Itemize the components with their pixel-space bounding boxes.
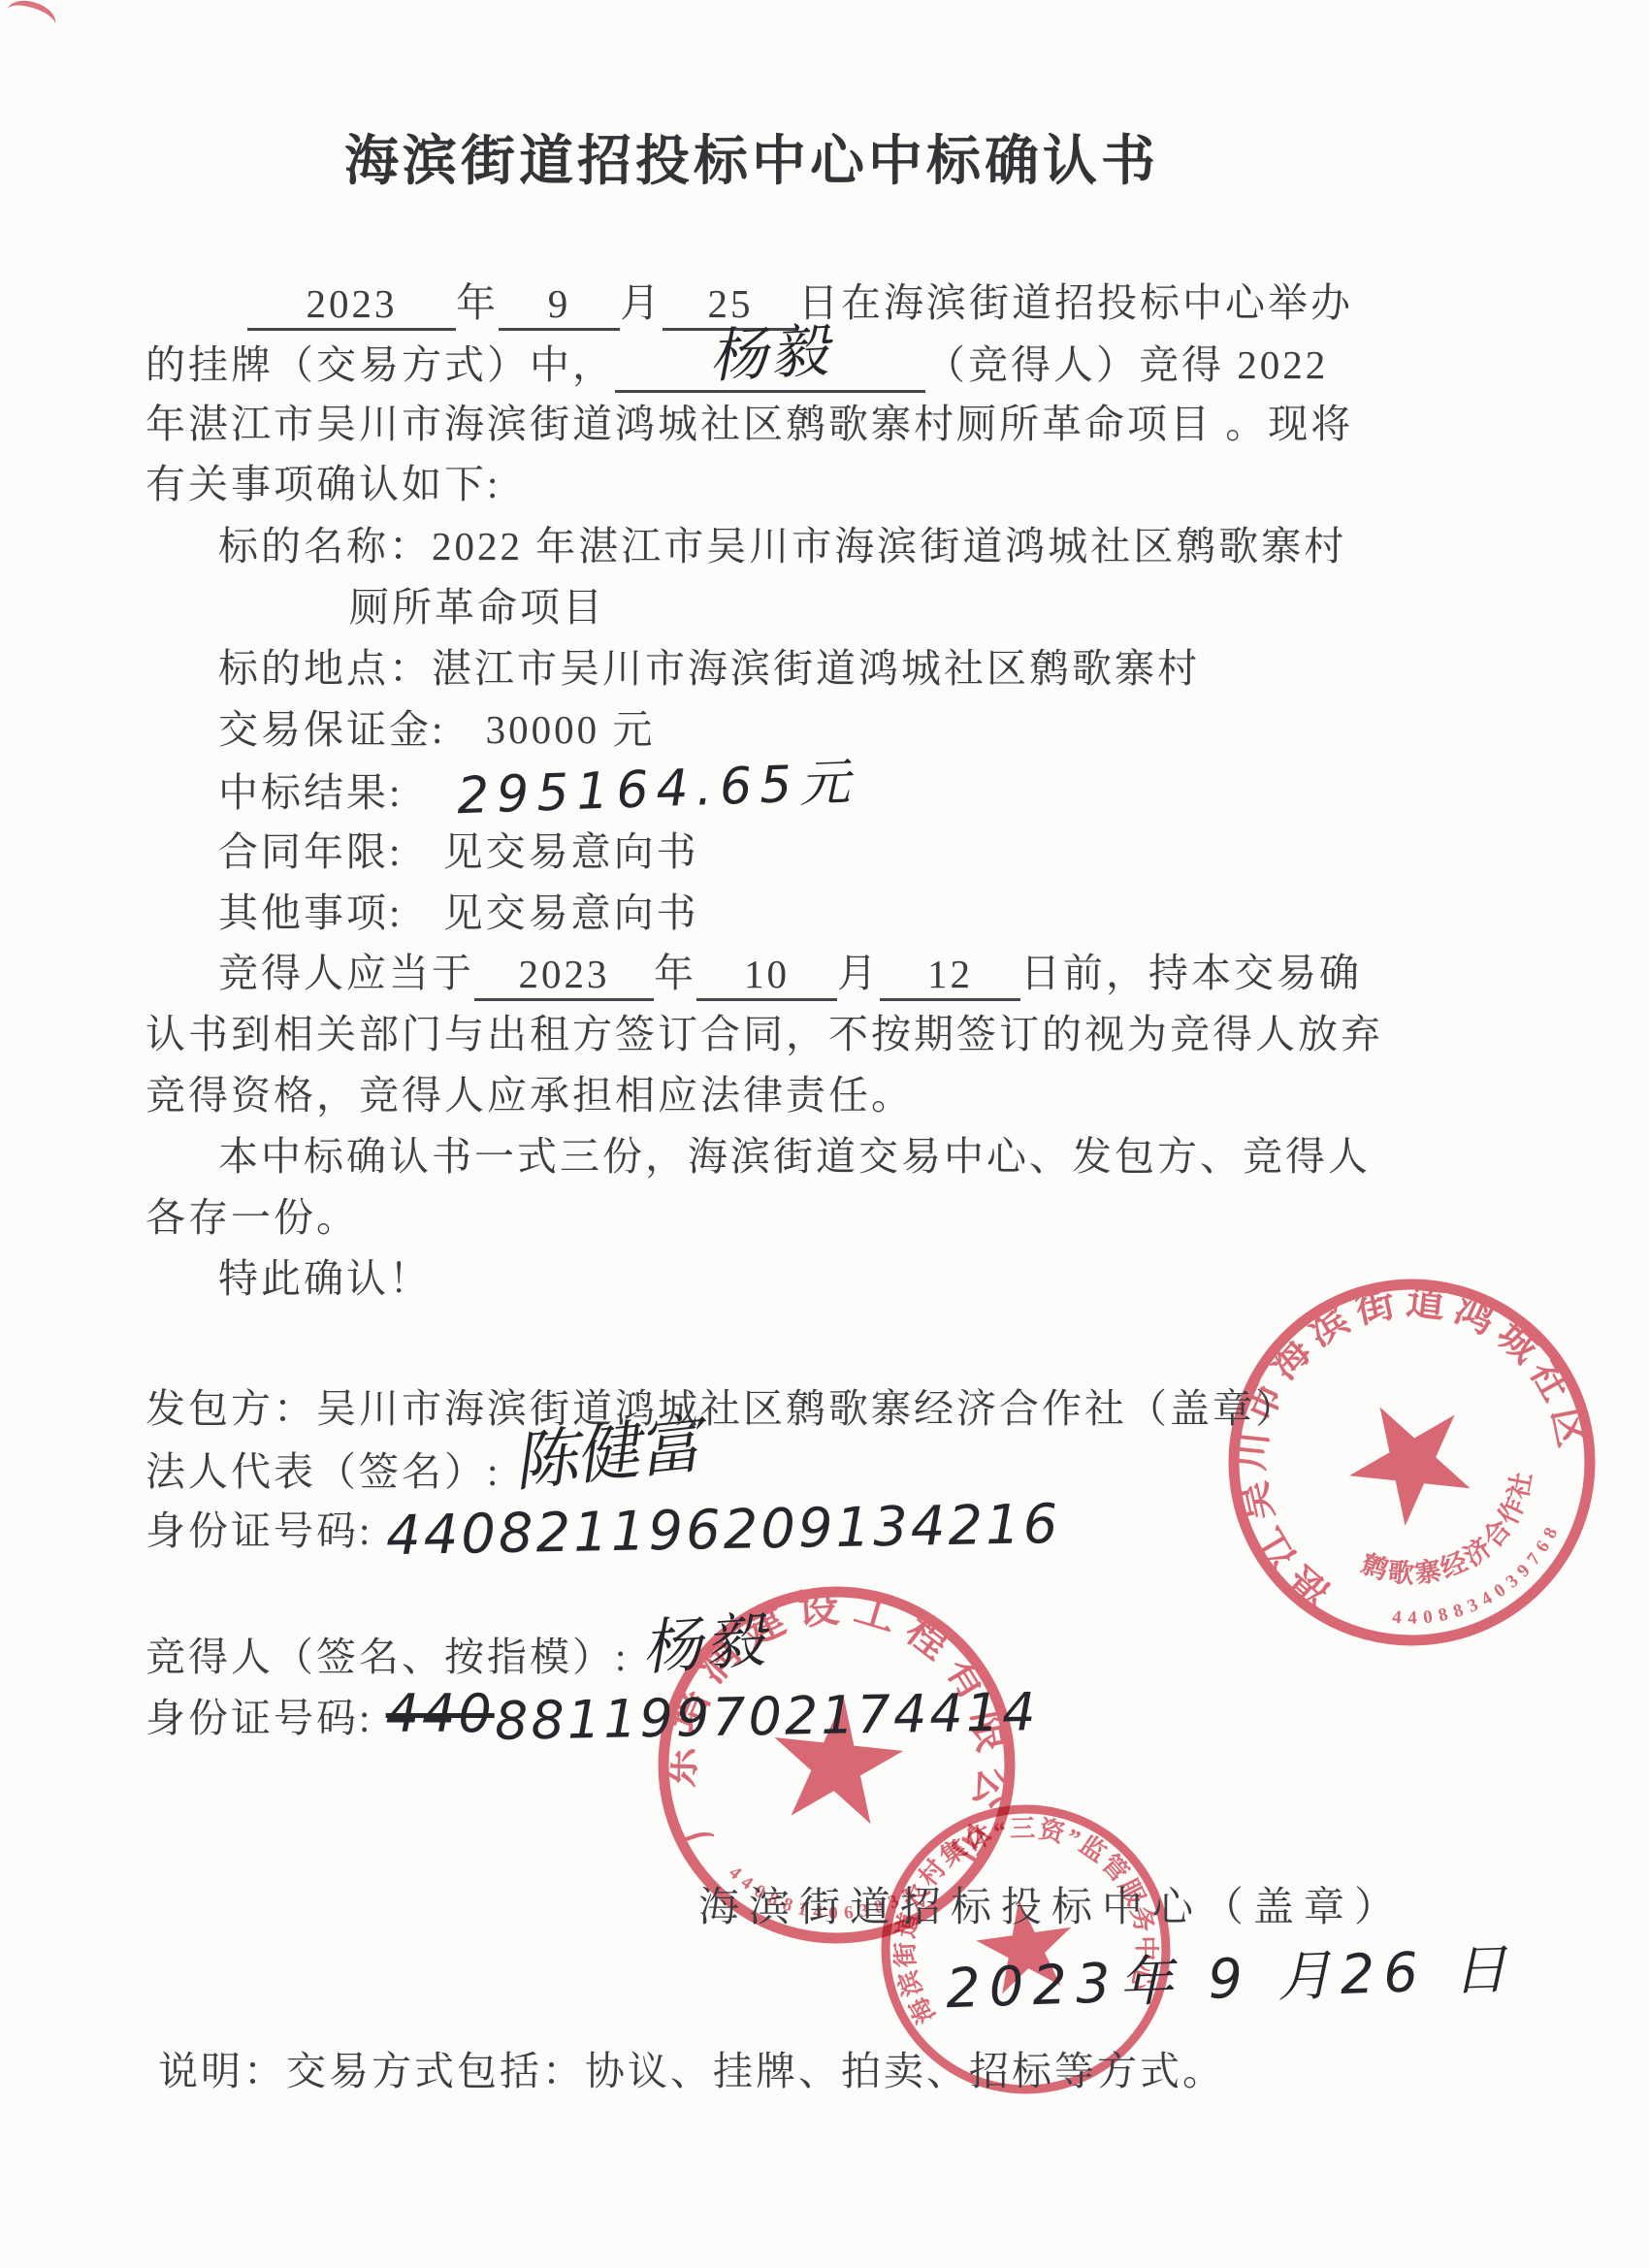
handwritten-stamp-date: 2023年 9 月26 日 bbox=[945, 1942, 1516, 2018]
line-text: 竞得人应当于 bbox=[218, 951, 474, 995]
body-line-10: 合同年限: 见交易意向书 bbox=[218, 824, 699, 880]
line-text: （竞得人）竞得 2022 bbox=[925, 342, 1328, 387]
document-title: 海滨街道招投标中心中标确认书 bbox=[0, 118, 1503, 196]
body-line-3: 年湛江市吴川市海滨街道鸿城社区鹩歌寨村厕所革命项目 。现将 bbox=[145, 396, 1353, 452]
issuer-id-line: 身份证号码: 440821196209134216 bbox=[145, 1499, 1060, 1559]
blank-deadline-day: 12 bbox=[880, 950, 1020, 1001]
field-label: 合同年限: bbox=[218, 829, 403, 874]
field-label: 中标结果: bbox=[218, 770, 403, 815]
field-value: 30000 元 bbox=[486, 707, 656, 752]
label-month: 月 bbox=[620, 280, 663, 325]
blank-deadline-year: 2023 bbox=[474, 950, 654, 1001]
issuer-line: 发包方：吴川市海滨街道鸿城社区鹩歌寨经济合作社（盖章） bbox=[145, 1380, 1298, 1437]
label-year: 年 bbox=[456, 280, 499, 325]
handwritten-representative-signature: 陈健富 bbox=[510, 1416, 701, 1492]
label-year: 年 bbox=[654, 951, 696, 995]
handwritten-id-struck-digits: 440 bbox=[386, 1686, 495, 1742]
label-month: 月 bbox=[837, 951, 880, 995]
field-label: 身份证号码: bbox=[145, 1696, 372, 1740]
star-icon bbox=[1327, 1377, 1490, 1538]
line-text: 日在海滨街道招投标中心举办 bbox=[798, 280, 1353, 325]
bidding-center-line: 海滨街道招标投标中心（盖章） bbox=[698, 1880, 1405, 1936]
issuer-representative-line: 法人代表（签名）: 陈健富 bbox=[145, 1436, 700, 1500]
blank-year: 2023 bbox=[247, 279, 456, 331]
field-label: 法人代表（签名）: bbox=[145, 1449, 501, 1494]
body-line-8: 交易保证金: 30000 元 bbox=[218, 701, 655, 758]
handwritten-id-number-winner: 881199702174414 bbox=[494, 1684, 1038, 1750]
body-line-13: 认书到相关部门与出租方签订合同，不按期签订的视为竞得人放弃 bbox=[145, 1006, 1383, 1062]
field-label: 身份证号码: bbox=[145, 1508, 372, 1553]
body-line-17: 特此确认！ bbox=[218, 1250, 432, 1307]
field-value: 见交易意向书 bbox=[443, 829, 699, 874]
body-line-15: 本中标确认书一式三份，海滨街道交易中心、发包方、竞得人 bbox=[218, 1128, 1371, 1184]
body-line-9: 中标结果: 295164.65元 bbox=[218, 761, 857, 821]
body-line-4: 有关事项确认如下: bbox=[145, 456, 501, 512]
body-line-7: 标的地点：湛江市吴川市海滨街道鸿城社区鹩歌寨村 bbox=[218, 640, 1200, 697]
body-line-2: 的挂牌（交易方式）中，杨毅（竞得人）竞得 2022 bbox=[145, 336, 1328, 393]
blank-month: 9 bbox=[499, 279, 620, 331]
body-line-14: 竞得资格，竞得人应承担相应法律责任。 bbox=[145, 1067, 914, 1123]
winner-sign-line: 竞得人（签名、按指模）: 杨毅 bbox=[145, 1622, 768, 1685]
line-text: 的挂牌（交易方式）中， bbox=[145, 342, 615, 387]
handwritten-bid-result: 295164.65元 bbox=[456, 755, 858, 825]
body-line-16: 各存一份。 bbox=[145, 1189, 359, 1246]
field-label: 交易保证金: bbox=[218, 707, 445, 752]
handwritten-id-number-issuer: 440821196209134216 bbox=[385, 1497, 1060, 1565]
field-label: 其他事项: bbox=[218, 891, 403, 935]
blank-winner-name: 杨毅 bbox=[615, 336, 925, 393]
red-corner-mark bbox=[2, 0, 59, 40]
body-line-11: 其他事项: 见交易意向书 bbox=[218, 885, 699, 941]
winner-id-line: 身份证号码: 440881199702174414 bbox=[145, 1686, 1038, 1746]
field-value: 见交易意向书 bbox=[443, 891, 699, 935]
line-text: 日前，持本交易确 bbox=[1020, 951, 1362, 995]
blank-deadline-month: 10 bbox=[696, 950, 837, 1001]
official-seal-issuer: 湛江吴川市海滨街道鸿城社区 鹩歌寨经济合作社 4408834039768 bbox=[1211, 1261, 1613, 1664]
scanned-document-page: 湛江吴川市海滨街道鸿城社区 鹩歌寨经济合作社 4408834039768 广东培… bbox=[0, 0, 1649, 2268]
bidding-center-date-line: 2023年 9 月26 日 bbox=[946, 1952, 1516, 2012]
body-line-5: 标的名称：2022 年湛江市吴川市海滨街道鸿城社区鹩歌寨村 bbox=[218, 518, 1346, 574]
handwritten-winner-signature: 杨毅 bbox=[639, 1612, 769, 1677]
field-label: 竞得人（签名、按指模）: bbox=[145, 1635, 629, 1679]
body-line-12: 竞得人应当于2023年10月12日前，持本交易确 bbox=[218, 945, 1362, 1001]
body-line-6: 厕所革命项目 bbox=[349, 579, 605, 635]
footnote-line: 说明：交易方式包括：协议、挂牌、拍卖、招标等方式。 bbox=[158, 2043, 1225, 2099]
handwritten-winner-name: 杨毅 bbox=[708, 327, 832, 382]
